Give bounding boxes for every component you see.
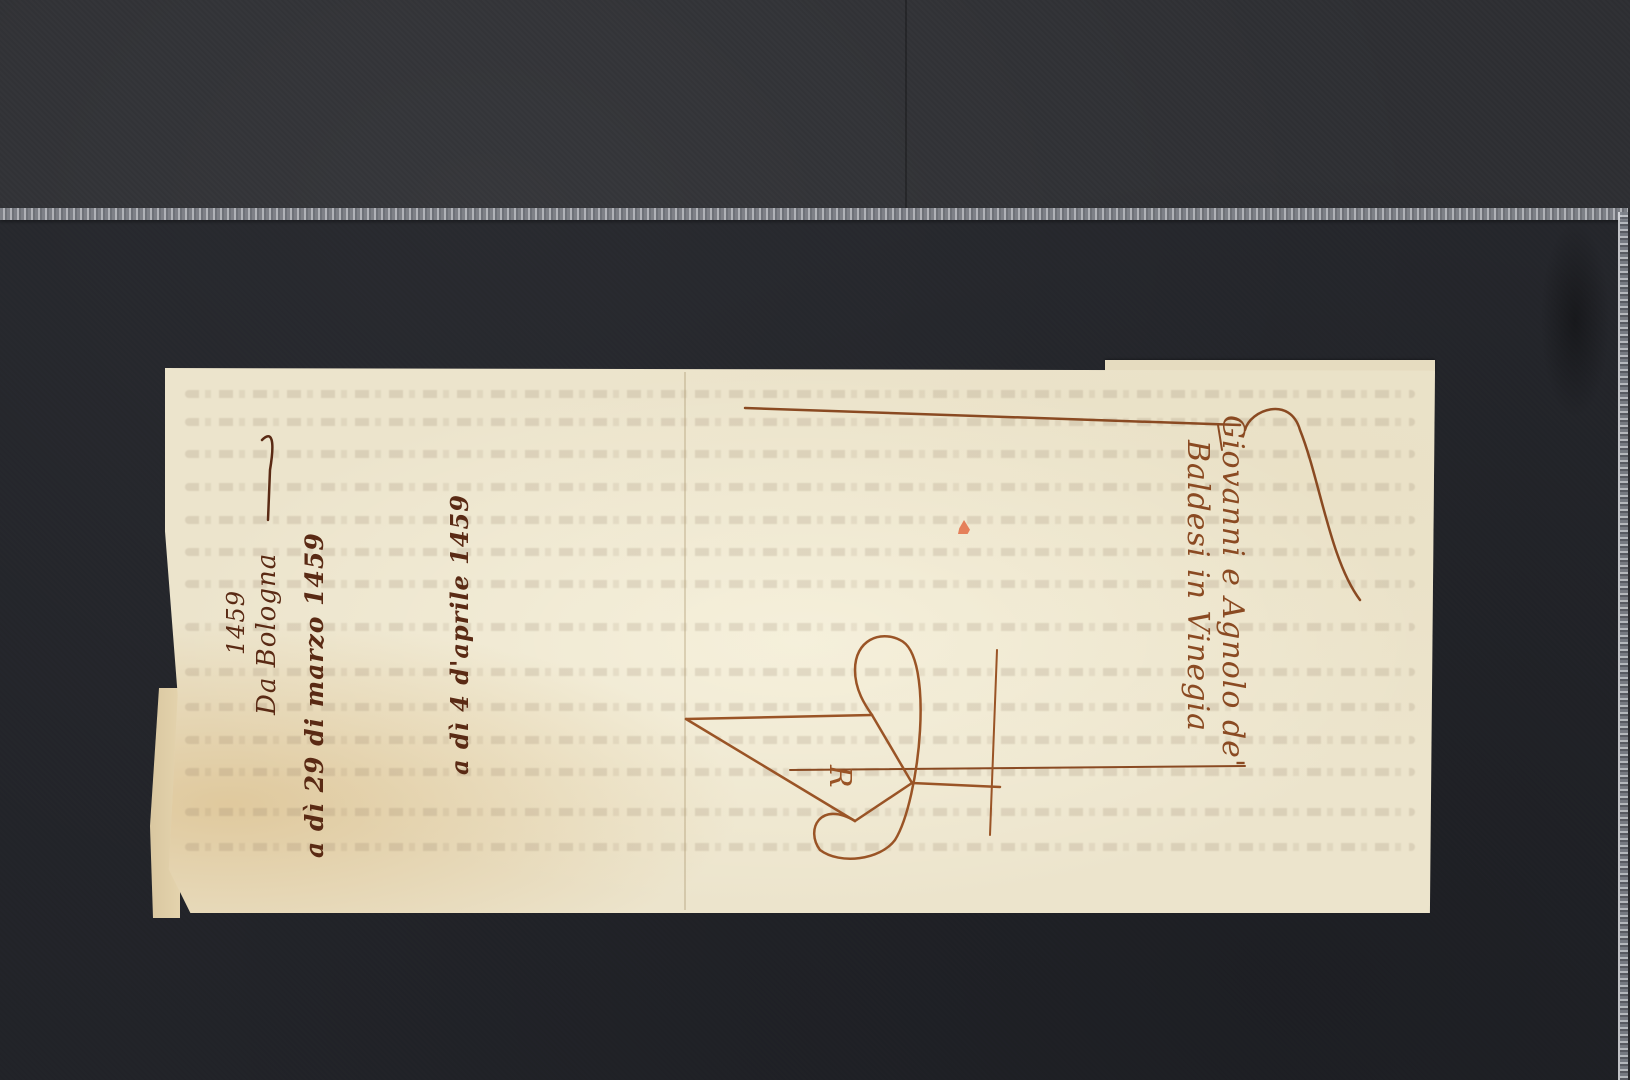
merchant-mark-icon bbox=[686, 636, 1000, 858]
ink-strokes: R bbox=[0, 0, 1630, 1080]
address-frame-top bbox=[745, 408, 1240, 425]
address-flourish bbox=[1245, 409, 1360, 600]
docket-flourish bbox=[262, 436, 272, 520]
merchant-mark-glyph: R bbox=[822, 764, 857, 788]
address-frame-bottom bbox=[790, 766, 1245, 770]
